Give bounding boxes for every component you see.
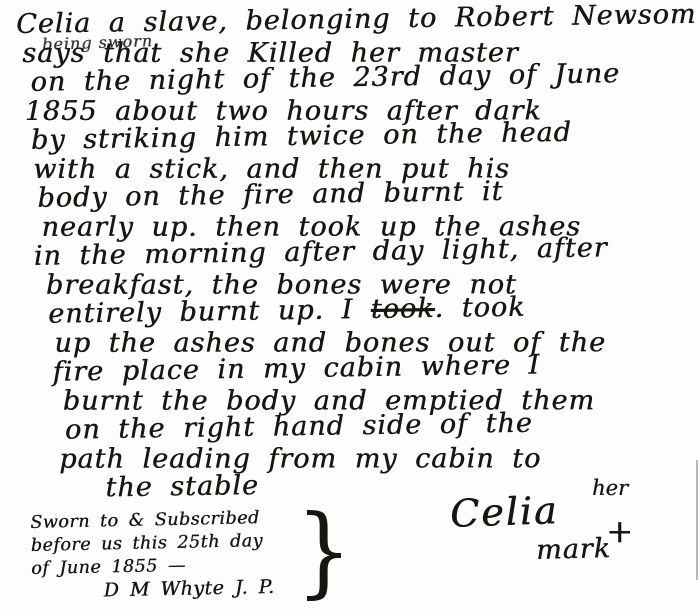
signature-mark-label: mark xyxy=(536,533,612,566)
scan-edge-artifact xyxy=(696,460,698,580)
confession-body: Celia a slave, belonging to Robert Newso… xyxy=(16,5,697,503)
jurat-brace: } xyxy=(296,502,352,601)
justice-of-peace-signature: D M Whyte J. P. xyxy=(103,576,274,603)
line-text: entirely burnt up. I xyxy=(48,294,371,330)
interline-insertion: being sworn xyxy=(42,31,154,54)
struck-out-word: took xyxy=(371,293,435,325)
signature-her-label: her xyxy=(592,476,628,500)
manuscript-page: Celia a slave, belonging to Robert Newso… xyxy=(0,0,700,610)
line-text: . took xyxy=(434,292,525,324)
signature-name: Celia xyxy=(449,488,559,536)
jurat-block: Sworn to & Subscribed before us this 25t… xyxy=(30,507,275,604)
